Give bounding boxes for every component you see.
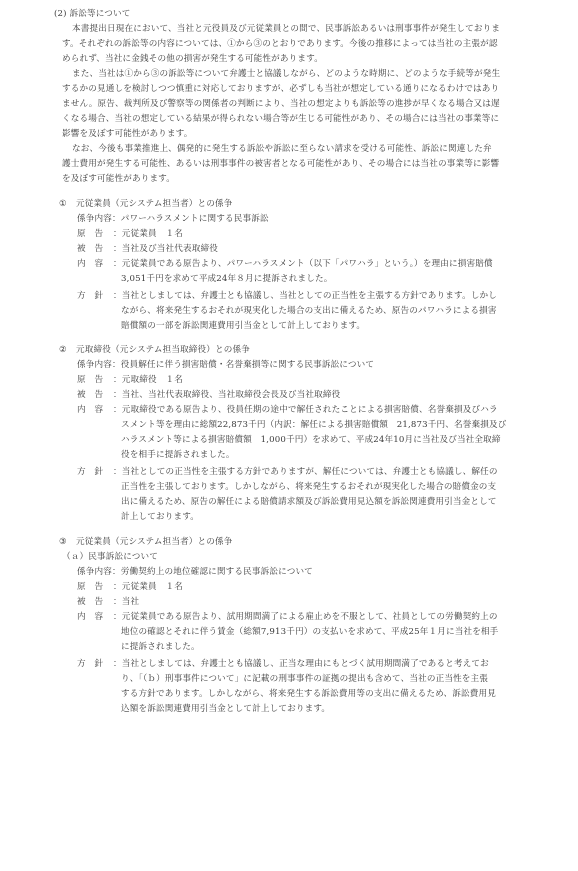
case1-content: 内 容：元従業員である原告より、パワーハラスメント（以下「パワハラ」という。）を…	[77, 257, 493, 272]
case3a-policy-line2: り、「（ｂ）刑事事件について」に記載の刑事事件の証拠の提出も含めて、当社の正当性…	[121, 672, 488, 687]
case2-defendant: 被 告：当社、当社代表取締役、当社取締役会長及び当社取締役	[77, 388, 340, 403]
case1-plaintiff: 原 告：元従業員 １名	[77, 227, 183, 242]
case1-title: 元従業員（元システム担当者）との係争	[76, 199, 233, 209]
intro-p2-line4: くなる場合、当社の想定している結果が得られない場合等が生じる可能性があり、その場…	[62, 112, 499, 127]
case2-content: 内 容：元取締役である原告より、役員任期の途中で解任されたことによる損害賠償、名…	[77, 403, 498, 418]
intro-p1-line1: 本書提出日現在において、当社と元役員及び元従業員との間で、民事訴訟あるいは刑事事…	[72, 22, 500, 37]
case2-policy: 方 針：当社としての正当性を主張する方針でありますが、解任については、弁護士とも…	[77, 465, 498, 480]
case1-policy: 方 針：当社としましては、弁護士とも協議し、当社としての正当性を主張する方針であ…	[77, 289, 497, 304]
case1-heading: ①元従業員（元システム担当者）との係争	[59, 197, 233, 212]
case3a-plaintiff: 原 告：元従業員 １名	[77, 580, 183, 595]
case2-number: ②	[59, 343, 76, 358]
case3a-policy: 方 針：当社としましては、弁護士とも協議し、正当な理由にもとづく試用期間満了であ…	[77, 657, 489, 672]
intro-p1-line2: す。それぞれの訴訟等の内容については、①から③のとおりであります。今後の推移によ…	[62, 37, 498, 52]
case3-title: 元従業員（元システム担当者）との係争	[76, 537, 233, 547]
case1-content-line2: 3,051千円を求めて平成24年８月に提訴されました。	[121, 272, 332, 287]
case3-heading: ③元従業員（元システム担当者）との係争	[59, 535, 233, 550]
case3a-content-line3: に提訴されました。	[121, 640, 200, 655]
case2-policy-line2: 正当性を主張しております。しかしながら、将来発生するおそれが現実化した場合の賠償…	[121, 480, 496, 495]
case3a-policy-line3: する方針であります。しかしながら、将来発生する訴訟費用等の支出に備えるため、訴訟…	[121, 687, 496, 702]
case3a-policy-line4: 込額を訴訟関連費用引当金として計上しております。	[121, 702, 330, 717]
intro-p3-line2: 護士費用が発生する可能性、あるいは刑事事件の被害者となる可能性があり、その場合に…	[62, 157, 499, 172]
intro-p2-line3: ません。原告、裁判所及び警察等の関係者の判断により、当社の想定よりも訴訟等の進捗…	[62, 97, 500, 112]
case2-content-line2: スメント等を理由に総額22,873千円（内訳：解任による損害賠償額 21,873…	[121, 418, 506, 433]
case1-dispute: 係争内容：パワーハラスメントに関する民事訴訟	[77, 212, 269, 227]
intro-p3-line1: なお、今後も事業推進上、偶発的に発生する訴訟や訴訟に至らない請求を受ける可能性、…	[72, 142, 492, 157]
case2-dispute: 係争内容：役員解任に伴う損害賠償・名誉棄損等に関する民事訴訟について	[77, 358, 374, 373]
intro-p3-line3: を及ぼす可能性があります。	[62, 172, 175, 187]
case2-title: 元取締役（元システム担当取締役）との係争	[76, 345, 250, 355]
case3a-content-line2: 地位の確認とそれに伴う賃金（総額7,913千円）の支払いを求めて、平成25年１月…	[121, 625, 498, 640]
case2-policy-line4: 計上しております。	[121, 510, 199, 525]
intro-p2-line1: また、当社は①から③の訴訟等について弁護士と協議しながら、どのような時期に、どの…	[72, 67, 500, 82]
case2-content-line4: 役を相手に提訴されました。	[121, 448, 235, 463]
case2-policy-line3: 出に備えるため、原告の解任による賠償請求額及び訴訟費用見込額を訴訟関連費用引当金…	[121, 495, 497, 510]
case2-content-line3: ハラスメント等による損害賠償額 1,000千円）を求めて、平成24年10月に当社…	[121, 433, 501, 448]
case3-number: ③	[59, 535, 76, 550]
case3a-heading: （ａ）民事訴訟について	[62, 550, 158, 565]
case1-defendant: 被 告：当社及び当社代表取締役	[77, 242, 218, 257]
case2-plaintiff: 原 告：元取締役 １名	[77, 373, 183, 388]
case2-heading: ②元取締役（元システム担当取締役）との係争	[59, 343, 250, 358]
case3a-content: 内 容：元従業員である原告より、試用期間満了による雇止めを不服として、社員として…	[77, 610, 498, 625]
case1-number: ①	[59, 197, 76, 212]
case3a-dispute: 係争内容：労働契約上の地位確認に関する民事訴訟について	[77, 565, 313, 580]
intro-p2-line2: するかの見通しを検討しつつ慎重に対応しておりますが、必ずしも当社が想定している通…	[62, 82, 499, 97]
case1-policy-line3: 賠償額の一部を訴訟関連費用引当金として計上しております。	[121, 319, 365, 334]
case3a-defendant: 被 告：当社	[77, 595, 139, 610]
intro-p2-line5: 影響を及ぼす可能性があります。	[62, 127, 192, 142]
intro-p1-line3: められず、当社に金銭その他の損害が発生する可能性があります。	[62, 52, 323, 67]
section-title: (2) 訴訟等について	[54, 7, 131, 22]
case1-policy-line2: ながら、将来発生するおそれが現実化した場合の支出に備えるため、原告のパワハラによ…	[121, 304, 497, 319]
